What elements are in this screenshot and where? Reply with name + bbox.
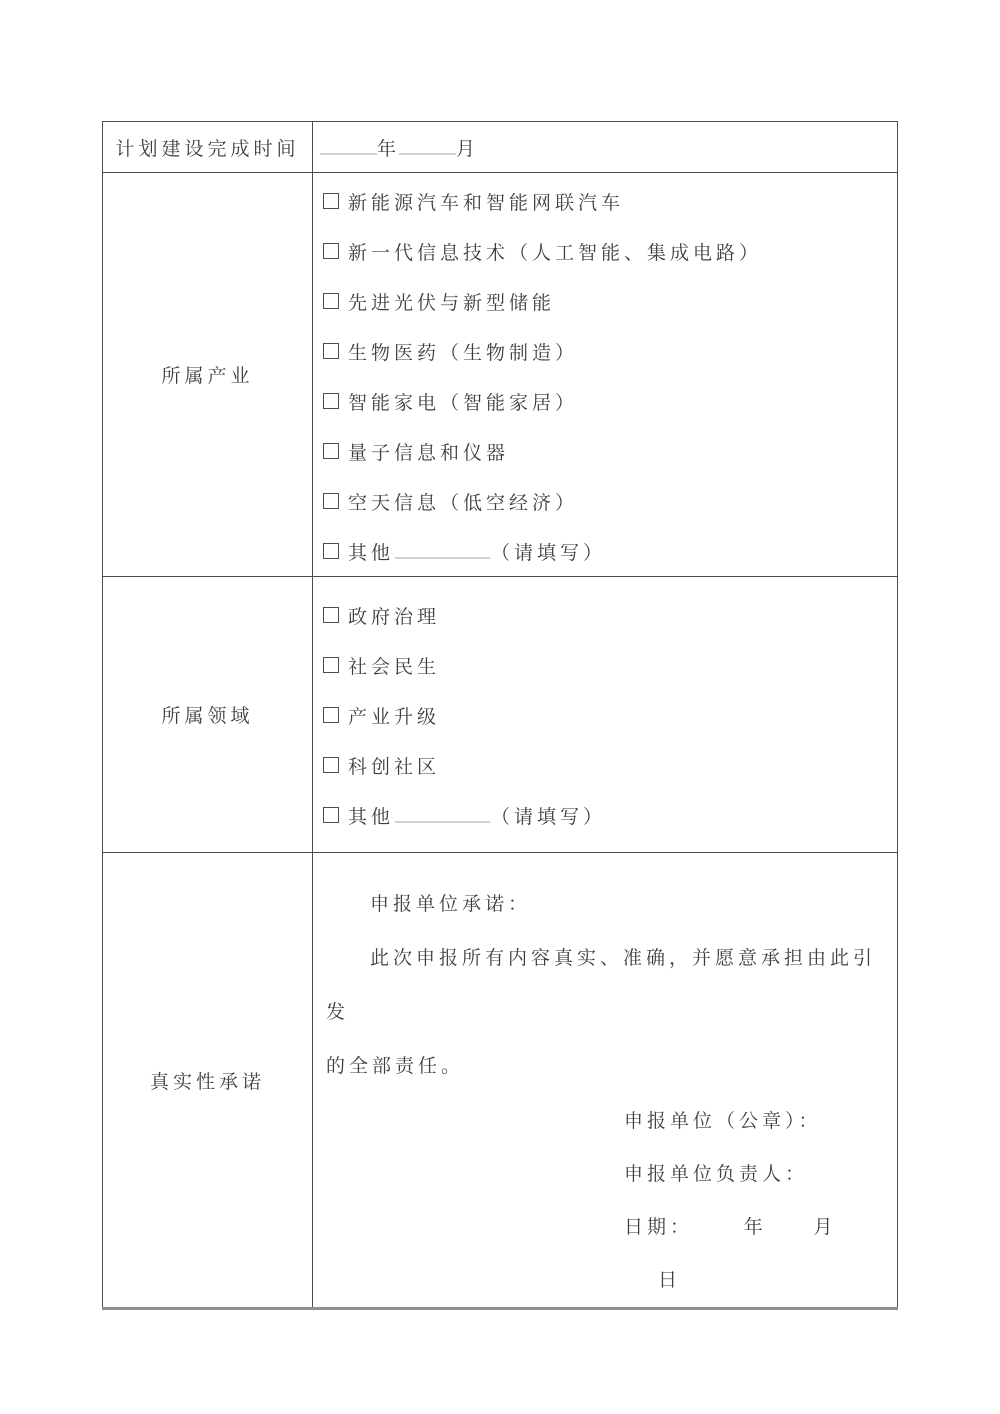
field-option: 社会民生 (313, 640, 897, 690)
field-option: 科创社区 (313, 740, 897, 790)
industry-option-label: 空天信息（低空经济） (348, 488, 578, 515)
pledge-content: 申报单位承诺： 此次申报所有内容真实、准确，并愿意承担由此引发 的全部责任。 申… (313, 853, 897, 1307)
date-year-suffix: 年 (744, 1201, 767, 1254)
industry-option: 新能源汽车和智能网联汽车 (313, 176, 897, 226)
signature-block: 申报单位（公章）： 申报单位负责人： 日期： 年 月 日 (624, 1095, 889, 1307)
field-option-other: 其他 __________ （请填写） (313, 790, 897, 840)
completion-time-value-cell: ______年______月 (313, 122, 898, 173)
other-suffix: （请填写） (491, 538, 606, 565)
field-option: 产业升级 (313, 690, 897, 740)
industry-option-label: 智能家电（智能家居） (348, 388, 578, 415)
field-label: 所属领域 (103, 577, 313, 853)
year-suffix: 年 (377, 134, 399, 161)
field-option: 政府治理 (313, 590, 897, 640)
industry-option: 生物医药（生物制造） (313, 326, 897, 376)
application-form-table: 计划建设完成时间 ______年______月 所属产业 新能源汽车和智能网联汽… (102, 121, 898, 1310)
industry-option-label: 新能源汽车和智能网联汽车 (348, 188, 624, 215)
row-field: 所属领域 政府治理 社会民生 产业升级 (103, 577, 898, 853)
month-blank-line[interactable]: ______ (399, 136, 456, 158)
row-industry: 所属产业 新能源汽车和智能网联汽车 新一代信息技术（人工智能、集成电路） 先进光… (103, 173, 898, 577)
field-options-cell: 政府治理 社会民生 产业升级 科创社区 (313, 577, 898, 853)
checkbox-icon[interactable] (323, 607, 339, 623)
industry-option: 先进光伏与新型储能 (313, 276, 897, 326)
other-suffix: （请填写） (491, 802, 606, 829)
field-options: 政府治理 社会民生 产业升级 科创社区 (313, 577, 897, 840)
signature-unit-line: 申报单位（公章）： (624, 1095, 889, 1148)
date-label: 日期： (624, 1201, 693, 1254)
row-pledge: 真实性承诺 申报单位承诺： 此次申报所有内容真实、准确，并愿意承担由此引发 的全… (103, 853, 898, 1309)
checkbox-icon[interactable] (323, 493, 339, 509)
pledge-heading: 申报单位承诺： (326, 878, 889, 932)
industry-option: 量子信息和仪器 (313, 426, 897, 476)
field-option-label: 社会民生 (348, 652, 440, 679)
other-blank-line[interactable]: __________ (395, 540, 490, 562)
month-suffix: 月 (456, 134, 478, 161)
checkbox-icon[interactable] (323, 243, 339, 259)
field-option-label: 政府治理 (348, 602, 440, 629)
row-completion-time: 计划建设完成时间 ______年______月 (103, 122, 898, 173)
industry-option: 新一代信息技术（人工智能、集成电路） (313, 226, 897, 276)
checkbox-icon[interactable] (323, 293, 339, 309)
date-line: 日期： 年 月 日 (624, 1201, 889, 1307)
industry-option: 空天信息（低空经济） (313, 476, 897, 526)
checkbox-icon[interactable] (323, 393, 339, 409)
checkbox-icon[interactable] (323, 657, 339, 673)
checkbox-icon[interactable] (323, 807, 339, 823)
other-prefix: 其他 (348, 538, 394, 565)
industry-option-label: 新一代信息技术（人工智能、集成电路） (348, 238, 762, 265)
year-blank-line[interactable]: ______ (320, 136, 377, 158)
industry-options-cell: 新能源汽车和智能网联汽车 新一代信息技术（人工智能、集成电路） 先进光伏与新型储… (313, 173, 898, 577)
industry-options: 新能源汽车和智能网联汽车 新一代信息技术（人工智能、集成电路） 先进光伏与新型储… (313, 173, 897, 576)
pledge-body-line2: 的全部责任。 (326, 1040, 889, 1094)
checkbox-icon[interactable] (323, 343, 339, 359)
completion-time-value: ______年______月 (313, 122, 897, 172)
completion-time-label: 计划建设完成时间 (103, 122, 313, 173)
industry-option-other: 其他 __________ （请填写） (313, 526, 897, 576)
industry-option-label: 先进光伏与新型储能 (348, 288, 555, 315)
checkbox-icon[interactable] (323, 193, 339, 209)
pledge-content-cell: 申报单位承诺： 此次申报所有内容真实、准确，并愿意承担由此引发 的全部责任。 申… (313, 853, 898, 1309)
other-prefix: 其他 (348, 802, 394, 829)
checkbox-icon[interactable] (323, 543, 339, 559)
checkbox-icon[interactable] (323, 757, 339, 773)
field-option-label: 科创社区 (348, 752, 440, 779)
pledge-body-line1: 此次申报所有内容真实、准确，并愿意承担由此引发 (326, 932, 889, 1040)
checkbox-icon[interactable] (323, 443, 339, 459)
checkbox-icon[interactable] (323, 707, 339, 723)
date-day-suffix: 日 (658, 1254, 681, 1307)
industry-label: 所属产业 (103, 173, 313, 577)
other-blank-line[interactable]: __________ (395, 804, 490, 826)
industry-option-label: 量子信息和仪器 (348, 438, 509, 465)
field-option-label: 产业升级 (348, 702, 440, 729)
industry-option-label: 生物医药（生物制造） (348, 338, 578, 365)
signature-person-line: 申报单位负责人： (624, 1148, 889, 1201)
document-page: 计划建设完成时间 ______年______月 所属产业 新能源汽车和智能网联汽… (0, 0, 1000, 1414)
industry-option: 智能家电（智能家居） (313, 376, 897, 426)
date-month-suffix: 月 (814, 1201, 837, 1254)
pledge-label: 真实性承诺 (103, 853, 313, 1309)
